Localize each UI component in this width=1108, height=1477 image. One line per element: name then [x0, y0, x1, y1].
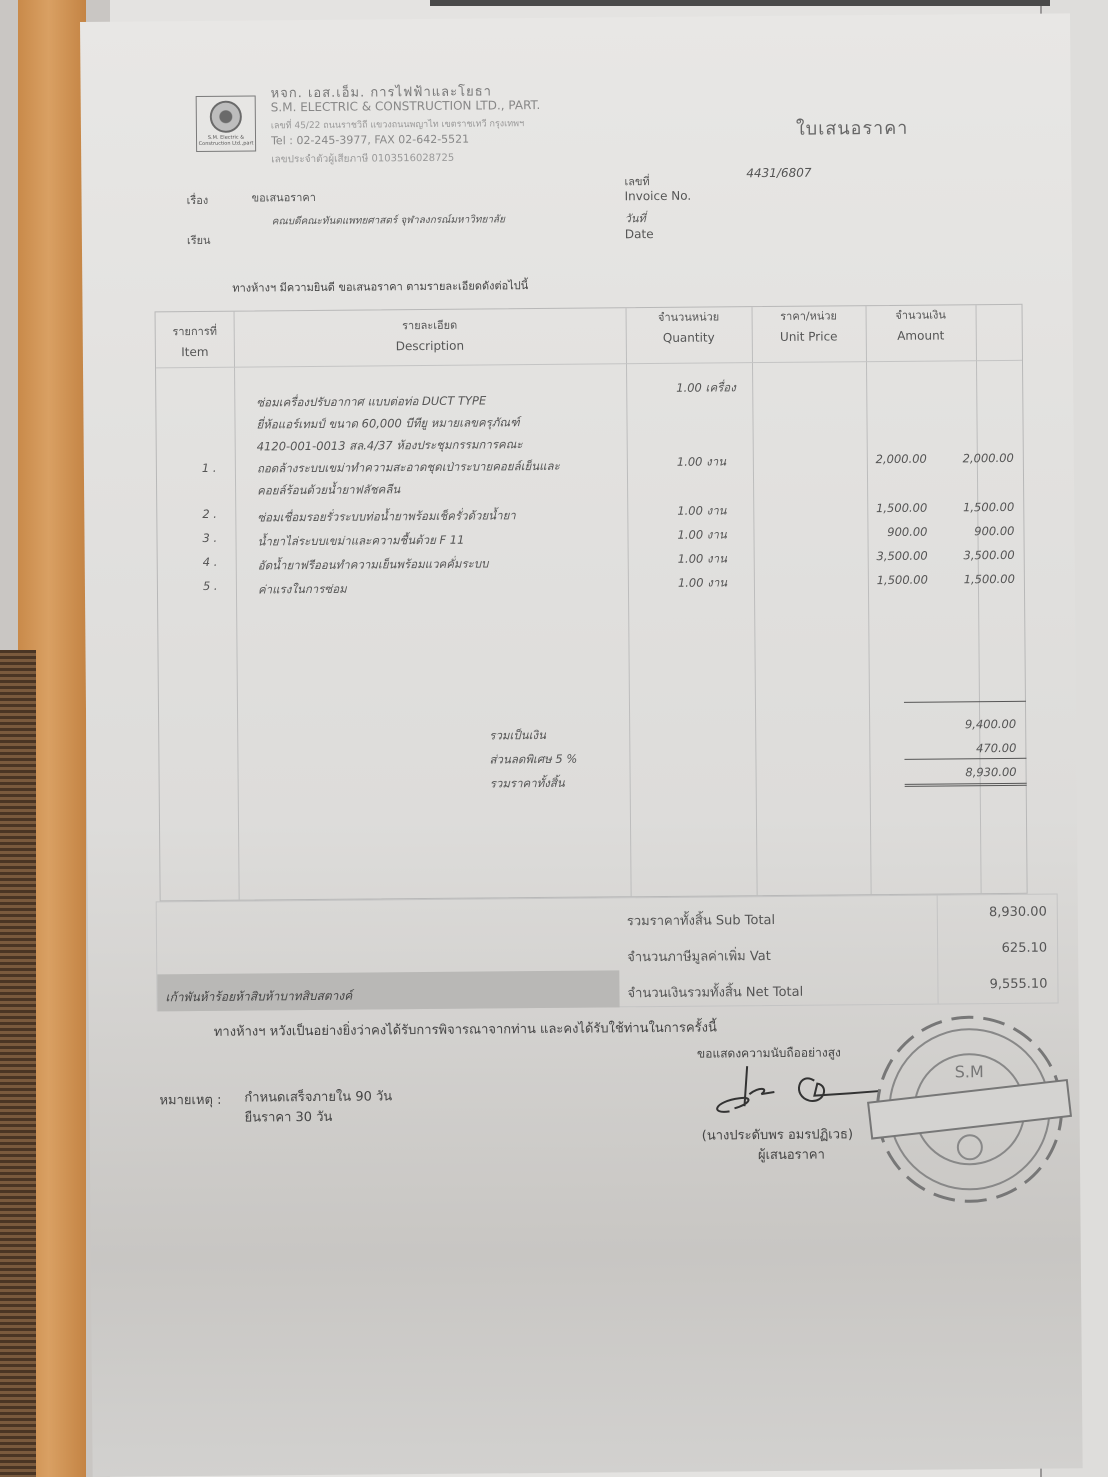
- discount-rule: [904, 758, 1026, 760]
- subtotal-value: 8,930.00: [917, 905, 1047, 921]
- intro-text: ทางห้างฯ มีความยินดี ขอเสนอราคา ตามรายละ…: [232, 276, 528, 297]
- header-description: รายละเอียด Description: [234, 314, 626, 357]
- amount-in-words: เก้าพันห้าร้อยห้าสิบห้าบาทสิบสตางค์: [165, 987, 352, 1008]
- totals-section: รวมราคาทั้งสิ้น Sub Total 8,930.00 จำนวน…: [156, 894, 1059, 1012]
- item-number: 1 .: [202, 461, 242, 475]
- description-line: ซ่อมเครื่องปรับอากาศ แบบต่อท่อ DUCT TYPE: [256, 388, 626, 413]
- background-object: [430, 0, 1050, 6]
- header-item: รายการที่ Item: [156, 322, 234, 363]
- signer-role: ผู้เสนอราคา: [758, 1144, 825, 1166]
- date-label: Date: [625, 227, 654, 241]
- logo-emblem-icon: [210, 101, 242, 133]
- company-address: เลขที่ 45/22 ถนนราชวิถี แขวงถนนพญาไท เขต…: [271, 116, 524, 132]
- invoice-no-label-thai: เลขที่: [624, 172, 649, 190]
- company-tax-id: เลขประจำตัวผู้เสียภาษี 0103516028725: [271, 151, 454, 168]
- header-amount: จำนวนเงิน Amount: [866, 305, 976, 346]
- column-divider: [866, 306, 872, 894]
- description-line: คอยล์ร้อนด้วยน้ำยาฟลัชคลีน: [257, 476, 627, 501]
- vat-value: 625.10: [917, 941, 1047, 957]
- header-divider: [156, 360, 1022, 369]
- signer-name: (นางประดับพร อมรปฏิเวธ): [702, 1123, 853, 1145]
- net-total-value: 9,555.10: [917, 977, 1047, 993]
- net-double-rule: [905, 783, 1027, 787]
- amount-cell: 1,500.00: [877, 500, 1014, 515]
- item-number: 3 .: [202, 531, 242, 545]
- note-completion: กำหนดเสร็จภายใน 90 วัน: [244, 1085, 392, 1107]
- item-number: 5 .: [203, 579, 243, 593]
- summary-rule: [904, 701, 1026, 703]
- amount-in-words-box: เก้าพันห้าร้อยห้าสิบห้าบาทสิบสตางค์: [157, 970, 619, 1011]
- vat-label: จำนวนภาษีมูลค่าเพิ่ม Vat: [627, 945, 771, 967]
- amount-cell: 900.00: [877, 524, 1014, 539]
- svg-text:S.M: S.M: [955, 1062, 984, 1081]
- subject-value: ขอเสนอราคา: [251, 188, 316, 207]
- invoice-no-value: 4431/6807: [746, 166, 811, 181]
- amount-cell: 2,000.00: [877, 451, 1014, 466]
- note-price-validity: ยืนราคา 30 วัน: [244, 1106, 332, 1128]
- wooden-table-edge-dark: [0, 650, 36, 1477]
- discount-label: ส่วนลดพิเศษ 5 %: [489, 751, 577, 770]
- description-line: 4120-001-0013 สล.4/37 ห้องประชุมกรรมการค…: [257, 432, 627, 457]
- column-divider: [626, 308, 632, 896]
- table-row-intro: ซ่อมเครื่องปรับอากาศ แบบต่อท่อ DUCT TYPE…: [156, 385, 1022, 393]
- company-stamp-icon: S.M: [859, 998, 1081, 1220]
- items-table: รายการที่ Item รายละเอียด Description จำ…: [155, 304, 1028, 902]
- subtotal-value: 9,400.00: [879, 717, 1016, 732]
- company-name-english: S.M. ELECTRIC & CONSTRUCTION LTD., PART.: [271, 98, 541, 114]
- description-line: ยี่ห้อแอร์เทมป์ ขนาด 60,000 บีทียู หมายเ…: [256, 410, 626, 435]
- net-total-label: จำนวนเงินรวมทั้งสิ้น Net Total: [627, 981, 803, 1004]
- company-logo: S.M. Electric & Construction Ltd.,part: [196, 95, 256, 152]
- column-divider: [234, 312, 240, 900]
- column-divider: [976, 305, 982, 893]
- description-cell: ซ่อมเชื่อมรอยรั่วระบบท่อน้ำยาพร้อมเช็ครั…: [257, 503, 627, 528]
- item-number: 4 .: [203, 555, 243, 569]
- invoice-no-label: Invoice No.: [624, 189, 691, 204]
- header-quantity: จำนวนหน่วย Quantity: [626, 307, 752, 348]
- subject-label: เรื่อง: [186, 191, 208, 209]
- subtotal-label: รวมเป็นเงิน: [489, 727, 546, 745]
- amount-cell: 3,500.00: [878, 548, 1015, 563]
- recipient-label: เรียน: [187, 231, 211, 249]
- subtotal-label: รวมราคาทั้งสิ้น Sub Total: [627, 909, 775, 931]
- description-cell: น้ำยาไล่ระบบเขม่าและความชื้นด้วย F 11: [257, 527, 627, 552]
- header-unit-price: ราคา/หน่วย Unit Price: [752, 306, 866, 347]
- date-label-thai: วันที่: [625, 209, 646, 227]
- quantity-cell: 1.00 เครื่อง: [676, 379, 786, 398]
- discount-value: 470.00: [879, 741, 1016, 756]
- closing-text: ทางห้างฯ หวังเป็นอย่างยิ่งว่าคงได้รับการ…: [214, 1016, 717, 1041]
- recipient-value: คณบดีคณะทันตแพทยศาสตร์ จุฬาลงกรณ์มหาวิทย…: [272, 212, 505, 229]
- note-label: หมายเหตุ :: [159, 1089, 221, 1111]
- description-cell: อัดน้ำยาฟรีออนทำความเย็นพร้อมแวคคั่มระบบ: [258, 551, 628, 576]
- item-number: 2 .: [202, 507, 242, 521]
- quotation-document: S.M. Electric & Construction Ltd.,part ห…: [80, 13, 1083, 1477]
- amount-cell: 1,500.00: [878, 572, 1015, 587]
- logo-caption: S.M. Electric & Construction Ltd.,part: [197, 134, 255, 147]
- net-value: 8,930.00: [880, 765, 1017, 780]
- description-cell: ค่าแรงในการซ่อม: [258, 575, 628, 600]
- company-tel-fax: Tel : 02-245-3977, FAX 02-642-5521: [271, 133, 469, 148]
- document-title: ใบเสนอราคา: [796, 113, 909, 143]
- description-line: ถอดล้างระบบเขม่าทำความสะอาดชุดเป่าระบายค…: [257, 454, 627, 479]
- net-label: รวมราคาทั้งสิ้น: [490, 775, 565, 794]
